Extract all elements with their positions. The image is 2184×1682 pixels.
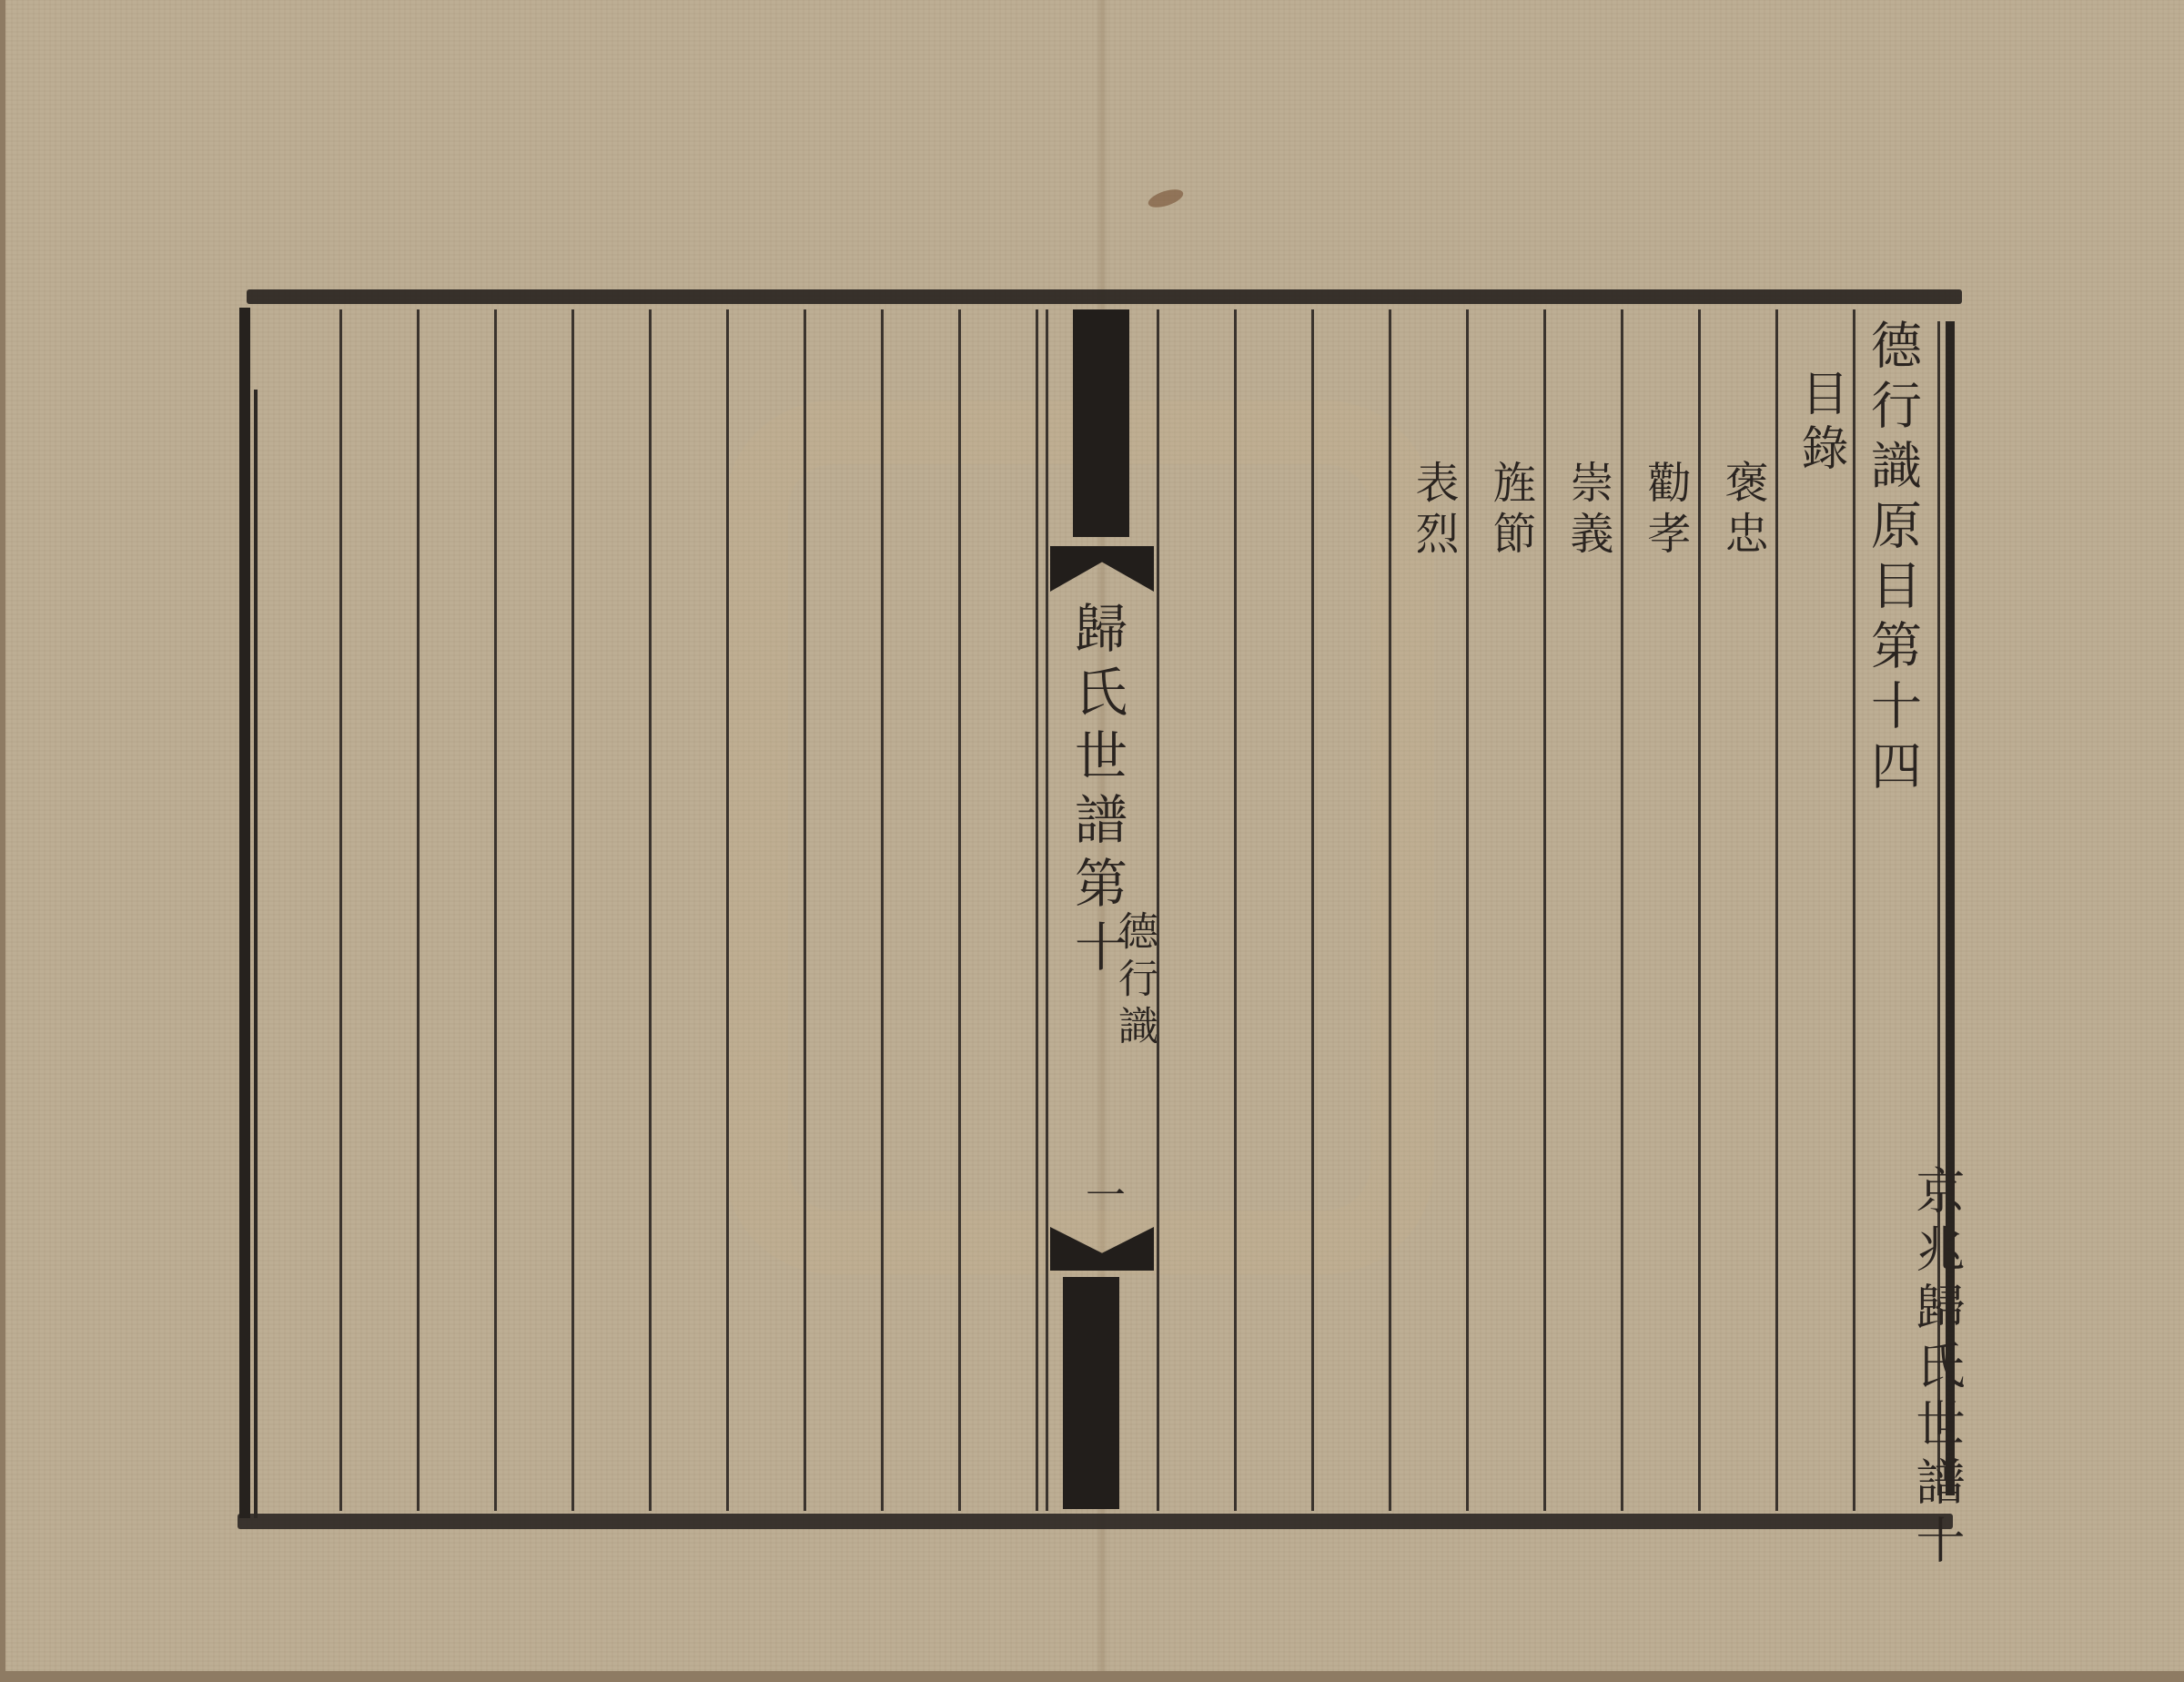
footer-title: 京兆歸氏世譜十 (1912, 1165, 1961, 1573)
toc-entry: 勸孝 (1643, 460, 1687, 562)
column-rule (726, 309, 729, 1511)
frame-border-left (239, 308, 250, 1518)
frame-border-top (247, 289, 1962, 304)
frame-border-left-inner (254, 390, 258, 1518)
fishtail-lower-bar (1063, 1277, 1119, 1509)
fishtail-lower-icon (1050, 1227, 1154, 1271)
column-rule (1775, 309, 1778, 1511)
column-rule (571, 309, 574, 1511)
column-rule (1466, 309, 1469, 1511)
column-rule (1389, 309, 1391, 1511)
section-label: 目錄 (1796, 369, 1844, 478)
toc-entry: 崇義 (1566, 460, 1610, 562)
column-rule (494, 309, 497, 1511)
column-rule (1621, 309, 1623, 1511)
frame-border-bottom (238, 1514, 1953, 1529)
column-rule (1543, 309, 1546, 1511)
column-rule (339, 309, 342, 1511)
scanned-page: 德行識原目第十四 目錄 褒忠 勸孝 崇義 旌節 表烈 歸氏世譜第十 德行識 一 … (5, 0, 2184, 1671)
toc-entry: 旌節 (1489, 460, 1532, 562)
column-rule (1311, 309, 1314, 1511)
column-rule (804, 309, 806, 1511)
column-rule (1698, 309, 1701, 1511)
chapter-heading: 德行識原目第十四 (1866, 319, 1917, 799)
page-number: 一 (1081, 1174, 1121, 1220)
ink-stain (1147, 186, 1186, 211)
column-rule (649, 309, 652, 1511)
toc-entry: 褒忠 (1721, 460, 1764, 562)
center-rule-left (1046, 309, 1048, 1511)
column-rule (1853, 309, 1855, 1511)
column-rule (1036, 309, 1038, 1511)
column-rule (881, 309, 884, 1511)
column-rule (1234, 309, 1237, 1511)
column-rule (417, 309, 420, 1511)
fishtail-upper-icon (1050, 546, 1154, 592)
fishtail-upper-bar (1073, 309, 1129, 537)
center-margin-subtitle: 德行識 (1114, 910, 1154, 1052)
column-rule (958, 309, 961, 1511)
toc-entry: 表烈 (1411, 460, 1455, 562)
